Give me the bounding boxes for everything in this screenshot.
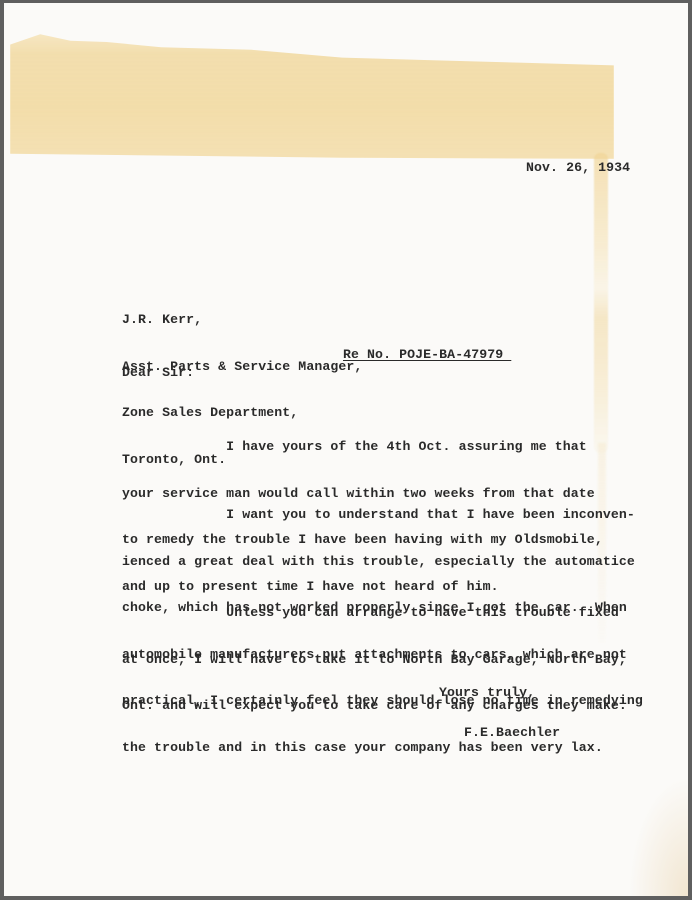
closing: Yours truly, (439, 685, 535, 701)
paragraph-line: I have yours of the 4th Oct. assuring me… (122, 439, 603, 455)
letter-page: Nov. 26, 1934 J.R. Kerr, Asst. Parts & S… (4, 3, 688, 896)
paragraph-line: Unless you can arrange to have this trou… (122, 605, 627, 621)
paragraph-line: at once, I will have to take it to North… (122, 652, 627, 668)
salutation: Dear Sir: (122, 365, 194, 381)
letter-date: Nov. 26, 1934 (526, 160, 630, 176)
tape-stain (10, 29, 614, 159)
edge-wear (628, 776, 688, 896)
scan-frame: Nov. 26, 1934 J.R. Kerr, Asst. Parts & S… (0, 0, 692, 900)
signature: F.E.Baechler (464, 725, 560, 741)
recipient-name: J.R. Kerr, (122, 312, 362, 328)
reference-number: Re No. POJE-BA-47979 (343, 347, 511, 363)
paragraph-line: Ont. and will expect you to take care of… (122, 698, 627, 714)
paragraph-3: Unless you can arrange to have this trou… (122, 574, 627, 745)
paragraph-line: ienced a great deal with this trouble, e… (122, 554, 643, 570)
paragraph-line: I want you to understand that I have bee… (122, 507, 643, 523)
